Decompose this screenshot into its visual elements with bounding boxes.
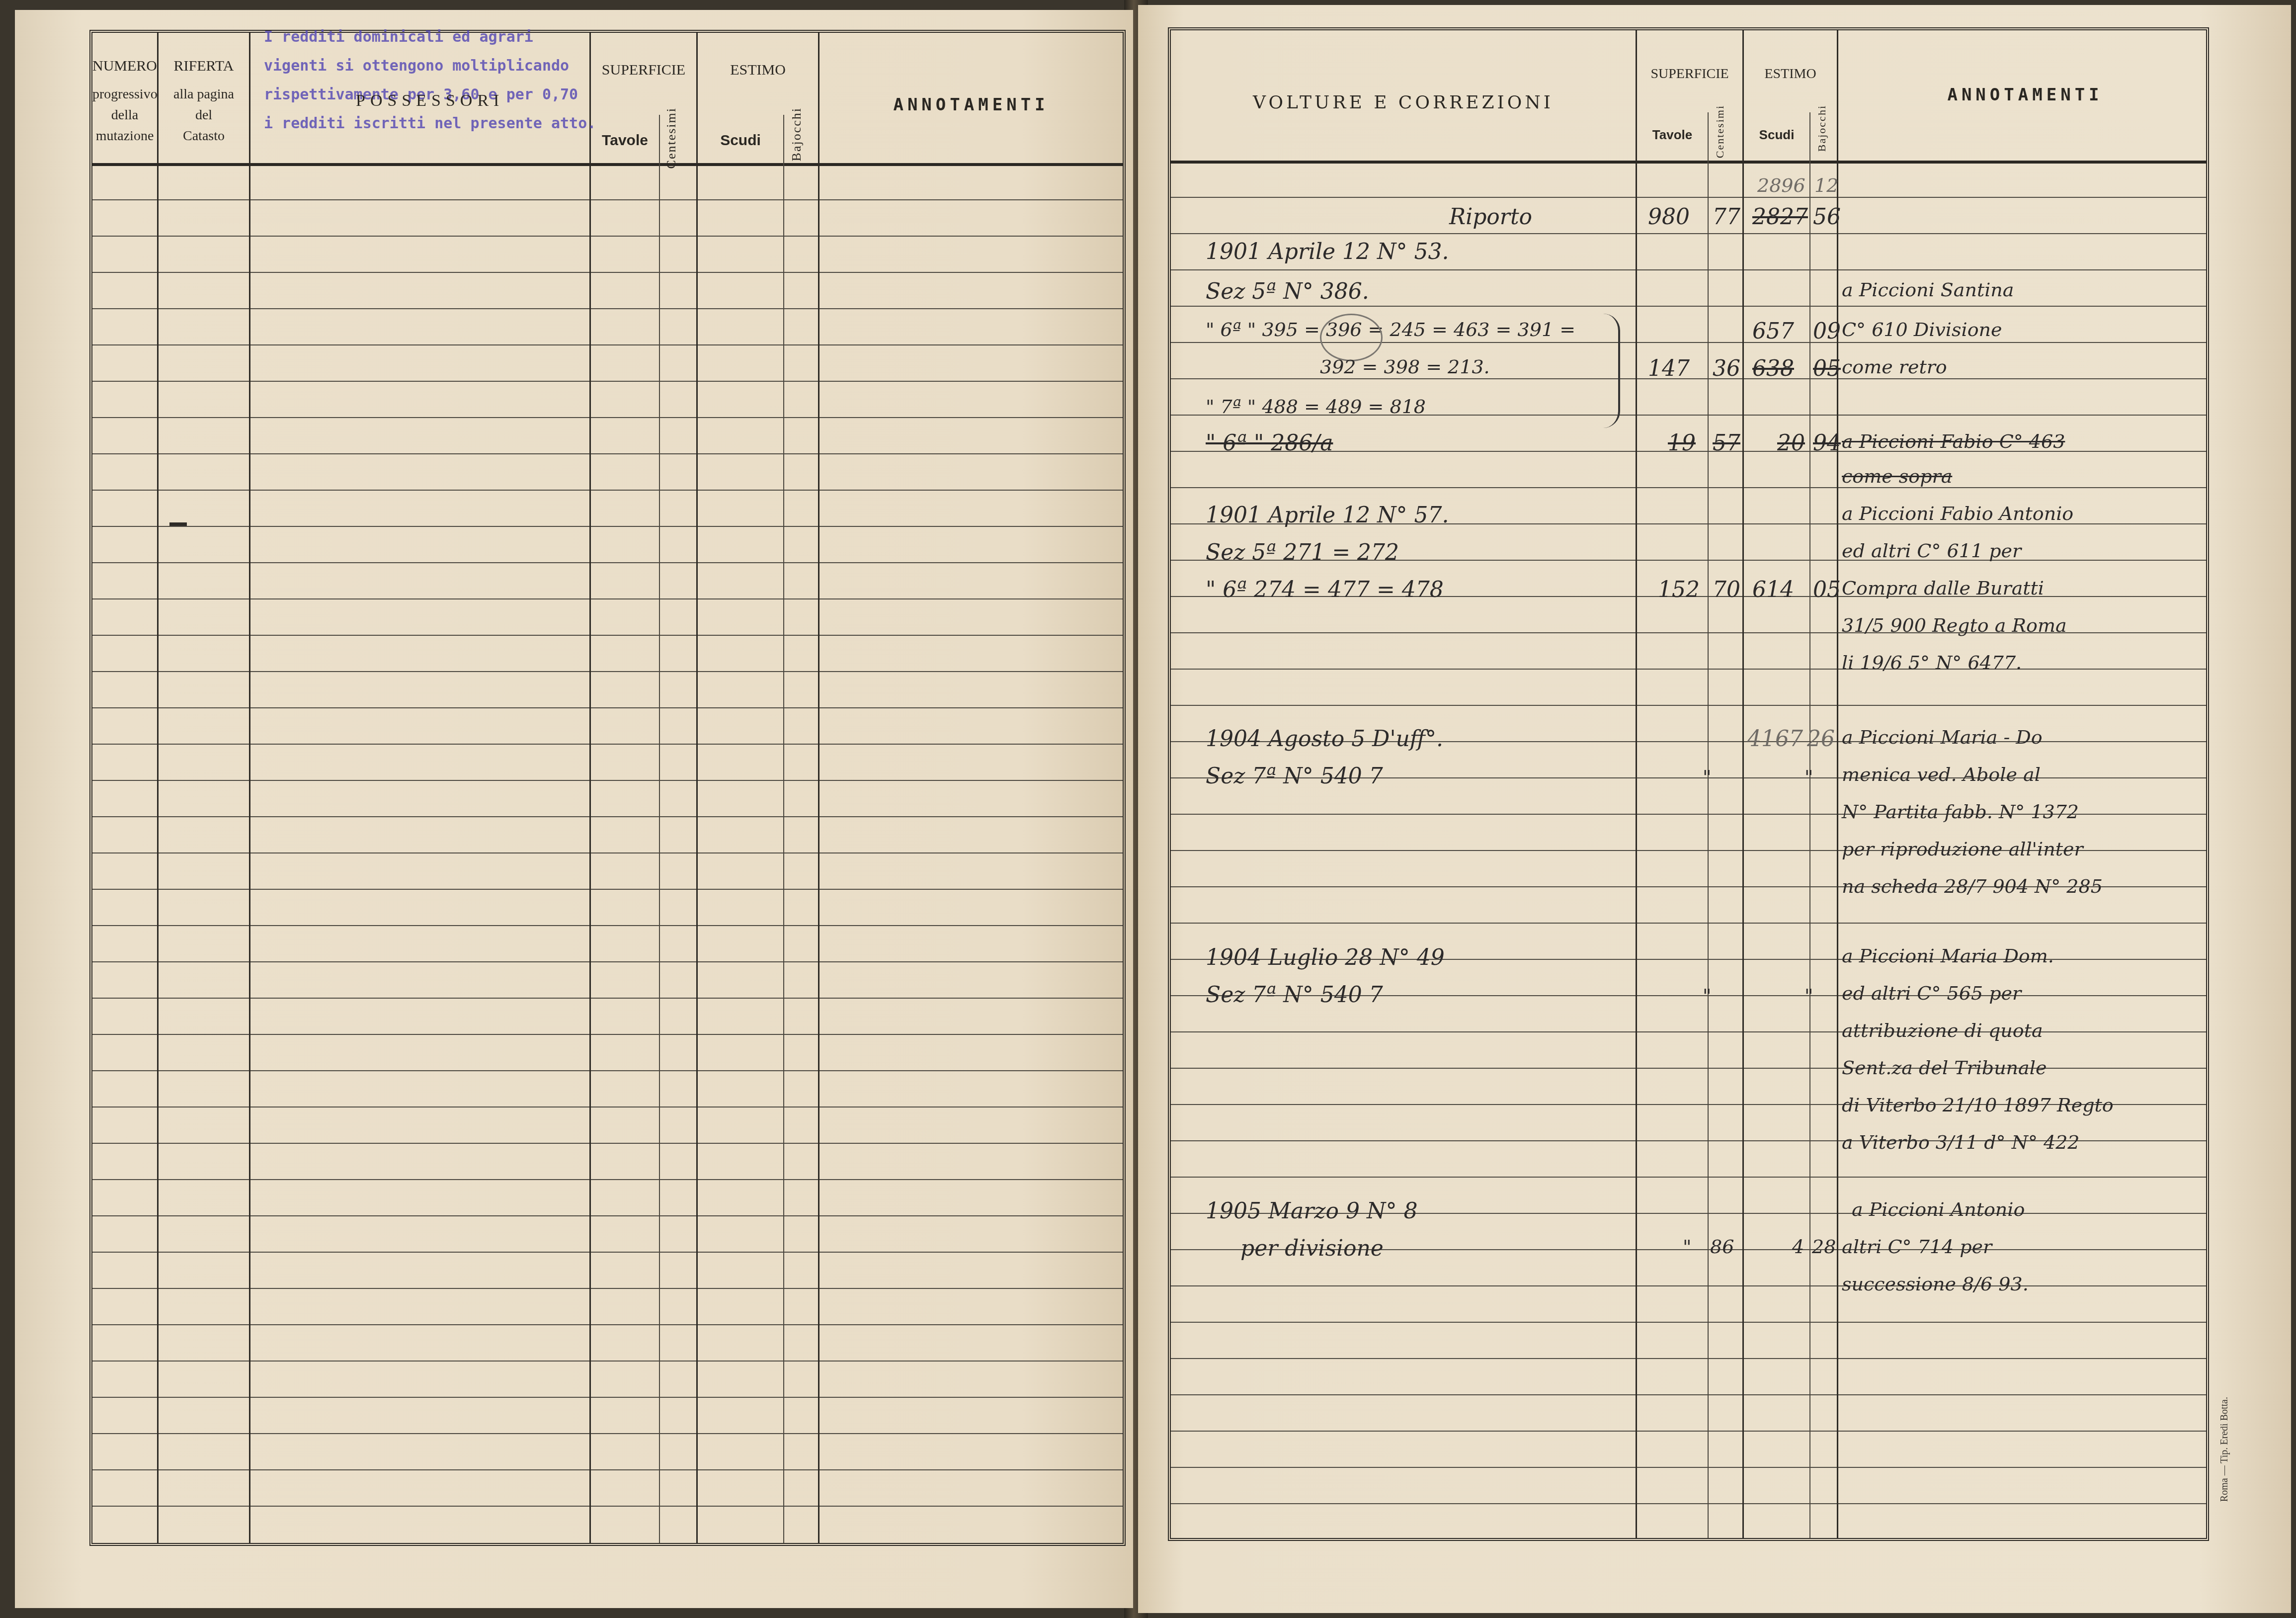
row-rule [92, 1179, 1123, 1180]
col-divider [1837, 30, 1838, 1538]
right-page: VOLTURE E CORREZIONI SUPERFICIE Tavole C… [1138, 5, 2291, 1613]
annotation-line: attribuzione di quota [1842, 1020, 2043, 1041]
estimo-ditto: " [1804, 985, 1813, 1007]
row-rule [1171, 269, 2206, 270]
purple-ink-stamp: I redditi dominicali ed agrari vigenti s… [264, 23, 596, 138]
row-rule [1171, 669, 2206, 670]
header-scudi: Scudi [1744, 127, 1809, 143]
estimo-bajocchi-pencil: 26 [1807, 726, 1835, 752]
superficie-centesimi: 70 [1713, 577, 1740, 602]
estimo-bajocchi: 09 [1813, 319, 1841, 344]
row-rule [92, 1143, 1123, 1144]
col-divider [696, 33, 698, 1543]
header-estimo: ESTIMO [698, 62, 818, 79]
left-page-frame: NUMERO progressivo della mutazione RIFER… [89, 30, 1126, 1546]
row-rule [92, 671, 1123, 672]
col-divider [1809, 112, 1810, 1538]
row-rule [92, 889, 1123, 890]
row-rule [92, 272, 1123, 273]
annotation-line: ed altri C° 611 per [1842, 540, 2021, 562]
row-rule [92, 526, 1123, 527]
annotation-line: a Piccioni Maria Dom. [1842, 945, 2054, 967]
annotation-line: di Viterbo 21/10 1897 Regto [1842, 1094, 2114, 1116]
annotation-line: menica ved. Abole al [1842, 764, 2041, 785]
row-rule [92, 707, 1123, 708]
header-numero-title: NUMERO [92, 58, 157, 75]
row-rule [92, 1433, 1123, 1434]
row-rule [92, 490, 1123, 491]
estimo-bajocchi-pencil: 12 [1814, 174, 1838, 196]
estimo-ditto: " [1804, 766, 1813, 788]
header-centesimi: Centesimi [1714, 105, 1726, 158]
superficie-centesimi: 86 [1710, 1236, 1734, 1258]
estimo-scudi-struck: 2827 [1752, 204, 1808, 230]
entry-date: 1905 Marzo 9 N° 8 [1206, 1198, 1417, 1224]
header-numero-line: della [92, 106, 157, 124]
row-rule [92, 344, 1123, 345]
row-rule [92, 816, 1123, 817]
row-rule [1171, 487, 2206, 488]
col-divider [783, 115, 784, 1543]
row-rule [92, 925, 1123, 926]
header-possessori: POSSESSORI [356, 91, 504, 110]
col-divider [249, 33, 250, 1543]
row-rule [92, 1034, 1123, 1035]
entry-date: 1901 Aprile 12 N° 57. [1206, 503, 1449, 528]
header-scudi: Scudi [698, 132, 783, 149]
col-divider [157, 33, 159, 1543]
header-superficie: SUPERFICIE [1637, 65, 1742, 83]
row-rule [92, 1107, 1123, 1107]
entry-section: Sez 5ª N° 386. [1206, 279, 1369, 304]
printer-mark: Roma — Tip. Eredi Botta. [2219, 1397, 2230, 1502]
annotation-line: ed altri C° 565 per [1842, 982, 2021, 1004]
entry-parcels: 392 = 398 = 213. [1320, 356, 1490, 378]
annotation-line: a Piccioni Fabio Antonio [1842, 503, 2073, 524]
annotation-line: successione 8/6 93. [1842, 1273, 2029, 1295]
superficie-tavole: 152 [1658, 577, 1700, 602]
estimo-bajocchi-struck: 94 [1813, 430, 1841, 456]
row-rule [1171, 1177, 2206, 1178]
entry-date: 1904 Agosto 5 D'uff°. [1206, 726, 1443, 752]
row-rule [1171, 1068, 2206, 1069]
header-annotamenti: ANNOTAMENTI [1838, 85, 2212, 105]
row-rule [92, 562, 1123, 563]
ink-mark [169, 522, 187, 526]
annotation-line: C° 610 Divisione [1842, 319, 2002, 341]
right-page-frame: VOLTURE E CORREZIONI SUPERFICIE Tavole C… [1168, 27, 2209, 1541]
row-rule [1171, 1358, 2206, 1359]
row-rule [92, 1361, 1123, 1362]
row-rule [92, 199, 1123, 200]
header-tavole: Tavole [1637, 127, 1708, 143]
estimo-bajocchi: 05 [1813, 577, 1841, 602]
estimo-scudi: 657 [1752, 319, 1794, 344]
annotation-line: per riproduzione all'inter [1842, 838, 2083, 860]
row-rule [1171, 1431, 2206, 1432]
row-rule [92, 417, 1123, 418]
row-rule [1171, 233, 2206, 234]
header-volture: VOLTURE E CORREZIONI [1171, 92, 1636, 113]
header-numero: NUMERO progressivo della mutazione [92, 58, 157, 145]
superficie-centesimi: 36 [1713, 356, 1740, 381]
row-rule [92, 635, 1123, 636]
annotation-line: altri C° 714 per [1842, 1236, 1992, 1258]
estimo-scudi: 4 [1792, 1236, 1804, 1258]
header-riferta-title: RIFERTA [159, 58, 249, 75]
estimo-bajocchi-struck: 05 [1813, 356, 1841, 381]
estimo-scudi-struck: 20 [1777, 430, 1805, 456]
entry-parcels: " 6ª 274 = 477 = 478 [1206, 577, 1444, 602]
annotation-line: Compra dalle Buratti [1842, 577, 2044, 599]
entry-riporto: Riporto [1449, 204, 1532, 230]
header-riferta: RIFERTA alla pagina del Catasto [159, 58, 249, 145]
row-rule [1171, 197, 2206, 198]
superficie-tavole: 147 [1648, 356, 1690, 381]
entry-date: 1901 Aprile 12 N° 53. [1206, 239, 1449, 264]
row-rule [92, 381, 1123, 382]
annotation-line: 31/5 900 Regto a Roma [1842, 614, 2067, 636]
estimo-bajocchi: 56 [1813, 204, 1841, 230]
entry-parcels-struck: " 6ª " 286/a [1206, 430, 1333, 456]
header-rule [1171, 161, 2206, 164]
row-rule [92, 1469, 1123, 1470]
annotation-line: a Piccioni Santina [1842, 279, 2014, 301]
header-riferta-line: Catasto [159, 127, 249, 145]
row-rule [92, 780, 1123, 781]
header-riferta-line: alla pagina [159, 85, 249, 103]
superficie-ditto: " [1683, 1236, 1691, 1258]
row-rule [92, 1070, 1123, 1071]
header-bajocchi: Bajocchi [1815, 105, 1828, 152]
annotation-line: li 19/6 5° N° 6477. [1842, 652, 2022, 674]
row-rule [92, 1324, 1123, 1325]
annotation-line: a Viterbo 3/11 d° N° 422 [1842, 1131, 2080, 1153]
header-estimo: ESTIMO [1744, 65, 1837, 83]
annotation-line-struck: a Piccioni Fabio C° 463 [1842, 430, 2065, 452]
row-rule [92, 1397, 1123, 1398]
row-rule [92, 852, 1123, 853]
header-numero-line: mutazione [92, 127, 157, 145]
row-rule [1171, 1394, 2206, 1395]
entry-section: Sez 7ª N° 540 7 [1206, 982, 1383, 1008]
entry-section: per divisione [1240, 1236, 1384, 1261]
row-rule [92, 744, 1123, 745]
row-rule [1171, 1503, 2206, 1504]
estimo-scudi-pencil: 2896 [1757, 174, 1805, 196]
row-rule [92, 453, 1123, 454]
estimo-scudi-struck: 638 [1752, 356, 1794, 381]
header-numero-line: progressivo [92, 85, 157, 103]
superficie-tavole-struck: 19 [1668, 430, 1696, 456]
left-page: NUMERO progressivo della mutazione RIFER… [15, 10, 1133, 1608]
row-rule [1171, 1322, 2206, 1323]
row-rule [1171, 923, 2206, 924]
superficie-centesimi-struck: 57 [1713, 430, 1740, 456]
row-rule [92, 1288, 1123, 1289]
header-riferta-line: del [159, 106, 249, 124]
annotation-line: a Piccioni Antonio [1852, 1198, 2025, 1220]
row-rule [92, 598, 1123, 599]
annotation-line-struck: come sopra [1842, 465, 1952, 487]
annotation-line: come retro [1842, 356, 1947, 378]
entry-section: Sez 5ª 271 = 272 [1206, 540, 1399, 565]
entry-parcels: " 7ª " 488 = 489 = 818 [1206, 396, 1426, 418]
header-annotamenti: ANNOTAMENTI [820, 95, 1123, 115]
row-rule [92, 1506, 1123, 1507]
estimo-scudi-pencil: 4167 [1747, 726, 1803, 752]
row-rule [1171, 306, 2206, 307]
entry-section: Sez 7ª N° 540 7 [1206, 764, 1383, 789]
row-rule [92, 998, 1123, 999]
estimo-scudi: 614 [1752, 577, 1794, 602]
col-divider [1708, 112, 1709, 1538]
row-rule [1171, 1285, 2206, 1286]
col-divider [589, 33, 591, 1543]
col-divider [1636, 30, 1637, 1538]
superficie-tavole: 980 [1648, 204, 1690, 230]
header-tavole: Tavole [591, 132, 659, 149]
brace-mark [1603, 314, 1620, 428]
superficie-centesimi: 77 [1713, 204, 1740, 230]
header-centesimi: Centesimi [664, 107, 679, 169]
row-rule [92, 1252, 1123, 1253]
row-rule [92, 1215, 1123, 1216]
estimo-bajocchi: 28 [1812, 1236, 1836, 1258]
row-rule [92, 236, 1123, 237]
row-rule [92, 308, 1123, 309]
row-rule [92, 961, 1123, 962]
col-divider [659, 115, 660, 1543]
col-divider [818, 33, 820, 1543]
annotation-line: a Piccioni Maria - Do [1842, 726, 2043, 748]
annotation-line: Sent.za del Tribunale [1842, 1057, 2047, 1079]
header-superficie: SUPERFICIE [591, 62, 696, 79]
row-rule [1171, 705, 2206, 706]
entry-date: 1904 Luglio 28 N° 49 [1206, 945, 1445, 970]
superficie-ditto: " [1703, 985, 1711, 1007]
header-bajocchi: Bajocchi [789, 107, 804, 161]
entry-parcels: " 6ª " 395 = 396 = 245 = 463 = 391 = [1206, 319, 1575, 341]
row-rule [1171, 1031, 2206, 1032]
superficie-ditto: " [1703, 766, 1711, 788]
annotation-line: N° Partita fabb. N° 1372 [1842, 801, 2079, 823]
col-divider [1742, 30, 1744, 1538]
annotation-line: na scheda 28/7 904 N° 285 [1842, 875, 2103, 897]
pencil-circle [1320, 314, 1383, 361]
row-rule [1171, 1467, 2206, 1468]
header-rule [92, 163, 1123, 166]
